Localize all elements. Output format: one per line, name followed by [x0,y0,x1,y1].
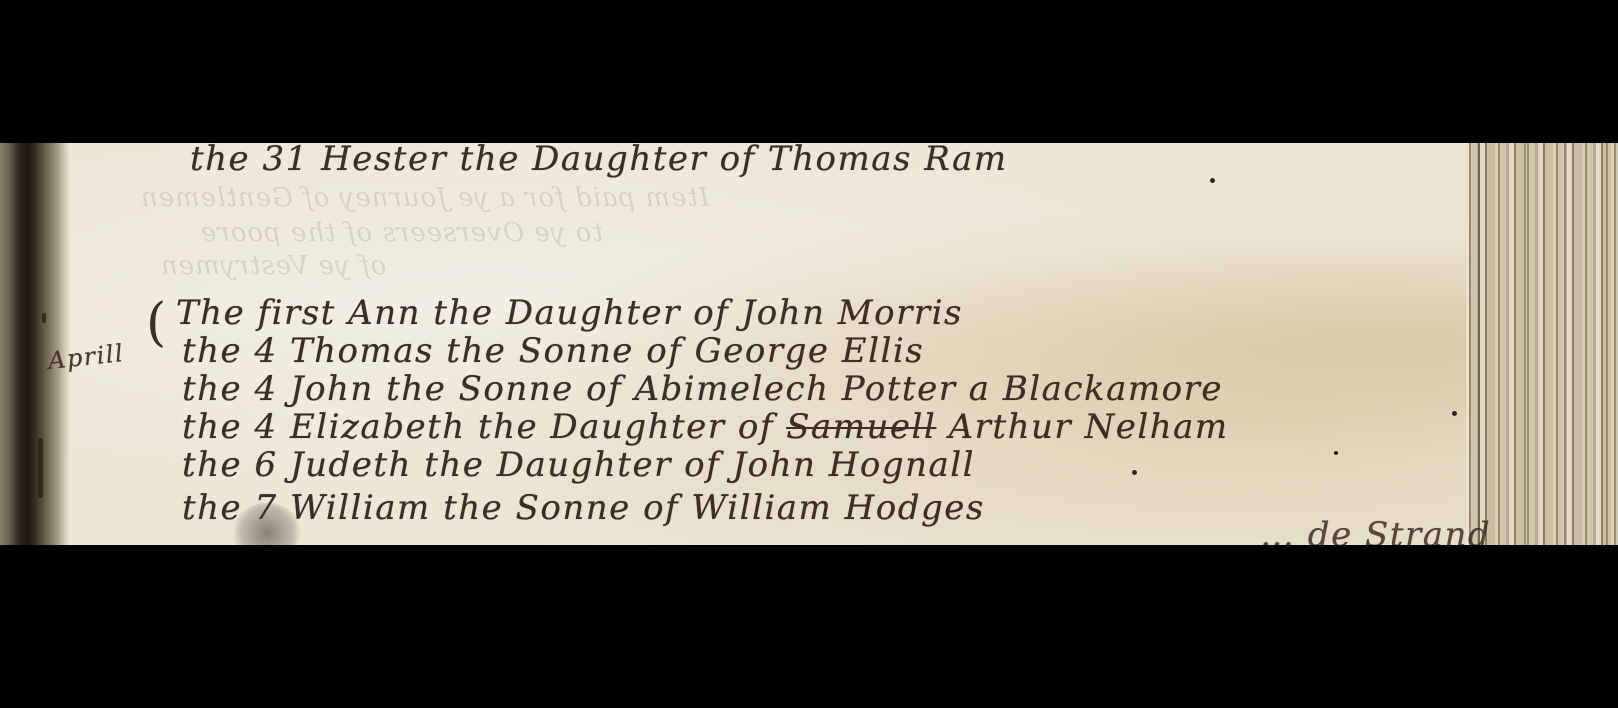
entry-text: Ann the Daughter of John Morris [348,293,963,333]
page-edge-line [1524,143,1526,545]
manuscript-scan: Item paid for a ye Journey of Gentlemen … [0,143,1618,545]
bleed-through-line: to ye Overseers of the poore [200,218,603,248]
register-entry: the 4 John the Sonne of Abimelech Potter… [182,369,1223,409]
ink-dot [1334,451,1338,455]
entry-date: The first [176,293,336,333]
entry-date: the 6 [182,445,278,485]
page-edge-line [1564,143,1566,545]
ink-dot [1210,178,1215,183]
top-black-frame [0,0,1618,143]
entry-text: John the Sonne of Abimelech Potter a Bla… [290,369,1223,409]
partial-cutoff-line: … de Strand [1260,515,1491,545]
entry-text: William the Sonne of William Hodges [290,488,985,528]
entry-text: Elizabeth the Daughter of [290,407,774,447]
register-entry: the 6 Judeth the Daughter of John Hognal… [182,445,975,485]
gutter-mark [38,438,43,498]
page-edge-highlight [1466,143,1469,545]
entry-text: Judeth the Daughter of John Hognall [290,445,975,485]
page-edge-line [1606,143,1608,545]
entry-text: Thomas the Sonne of George Ellis [290,331,924,371]
register-entry: the 7 William the Sonne of William Hodge… [182,488,985,528]
entry-text-continued: Arthur Nelham [949,407,1229,447]
register-entry: the 4 Thomas the Sonne of George Ellis [182,331,924,371]
ink-dot [1452,411,1457,416]
register-entry: the 4 Elizabeth the Daughter of Samuell … [182,407,1229,447]
register-entry: The first Ann the Daughter of John Morri… [176,293,963,333]
entry-date: the 4 [182,369,278,409]
entry-date: the 4 [182,407,278,447]
struck-through-name: Samuell [786,407,936,447]
bleed-through-line: Item paid for a ye Journey of Gentlemen [140,183,709,213]
register-entry: the 31 Hester the Daughter of Thomas Ram [190,143,1008,179]
entry-date: the 4 [182,331,278,371]
gutter-mark [42,313,46,323]
book-gutter-shadow [0,143,70,545]
book-page-edges [1466,143,1618,545]
bleed-through-line: of ye Vestrymen [160,251,386,281]
bottom-black-frame [0,545,1618,708]
entry-date: the 31 [190,143,309,179]
entry-text: Hester the Daughter of Thomas Ram [321,143,1008,179]
page-edge-line [1478,143,1480,545]
brace-flourish: ( [146,293,166,353]
ink-dot [1132,470,1137,475]
